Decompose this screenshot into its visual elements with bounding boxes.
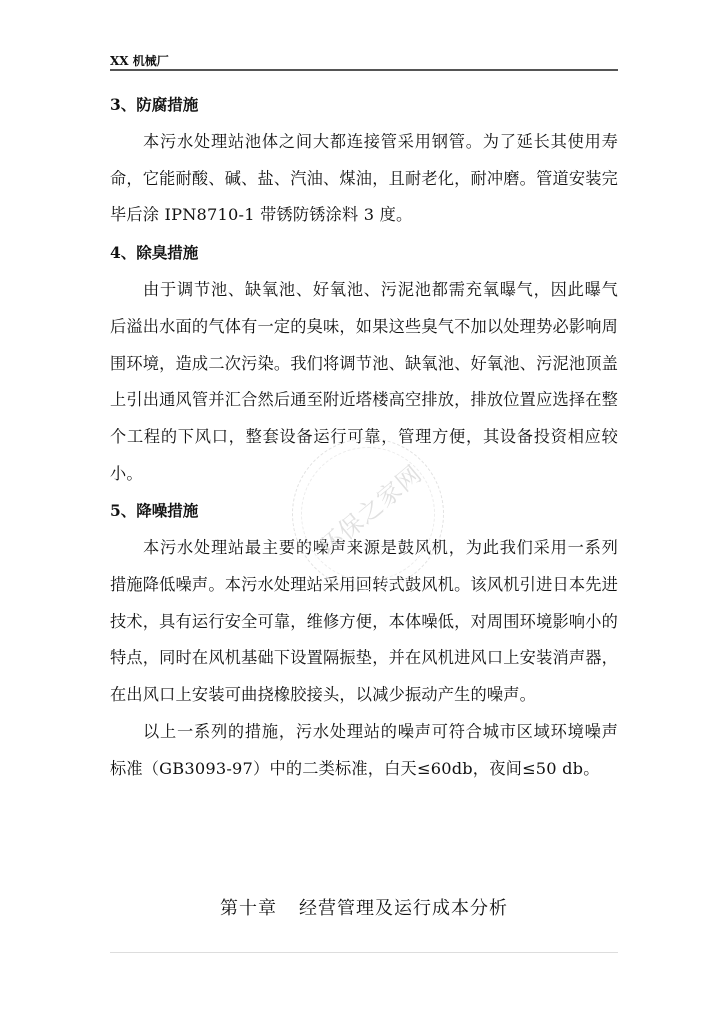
paragraph: 以上一系列的措施，污水处理站的噪声可符合城市区域环境噪声标准（GB3093-97…: [110, 714, 618, 787]
paragraph: 本污水处理站池体之间大都连接管采用钢管。为了延长其使用寿命，它能耐酸、碱、盐、汽…: [110, 124, 618, 234]
section-deodorization: 4、除臭措施 由于调节池、缺氧池、好氧池、污泥池都需充氧曝气，因此曝气后溢出水面…: [110, 234, 618, 492]
company-name: XX 机械厂: [110, 52, 169, 69]
section-heading: 3、防腐措施: [110, 86, 618, 124]
section-heading: 5、降噪措施: [110, 492, 618, 530]
paragraph: 由于调节池、缺氧池、好氧池、污泥池都需充氧曝气，因此曝气后溢出水面的气体有一定的…: [110, 272, 618, 492]
paragraph: 本污水处理站最主要的噪声来源是鼓风机，为此我们采用一系列措施降低噪声。本污水处理…: [110, 530, 618, 714]
chapter-name: 经营管理及运行成本分析: [299, 898, 508, 919]
section-noise-reduction: 5、降噪措施 本污水处理站最主要的噪声来源是鼓风机，为此我们采用一系列措施降低噪…: [110, 492, 618, 787]
header-divider: [110, 69, 618, 71]
document-body: 3、防腐措施 本污水处理站池体之间大都连接管采用钢管。为了延长其使用寿命，它能耐…: [110, 86, 618, 787]
chapter-number: 第十章: [220, 898, 277, 919]
section-anticorrosion: 3、防腐措施 本污水处理站池体之间大都连接管采用钢管。为了延长其使用寿命，它能耐…: [110, 86, 618, 234]
chapter-title: 第十章经营管理及运行成本分析: [0, 894, 728, 920]
footer-divider: [110, 952, 618, 953]
section-heading: 4、除臭措施: [110, 234, 618, 272]
